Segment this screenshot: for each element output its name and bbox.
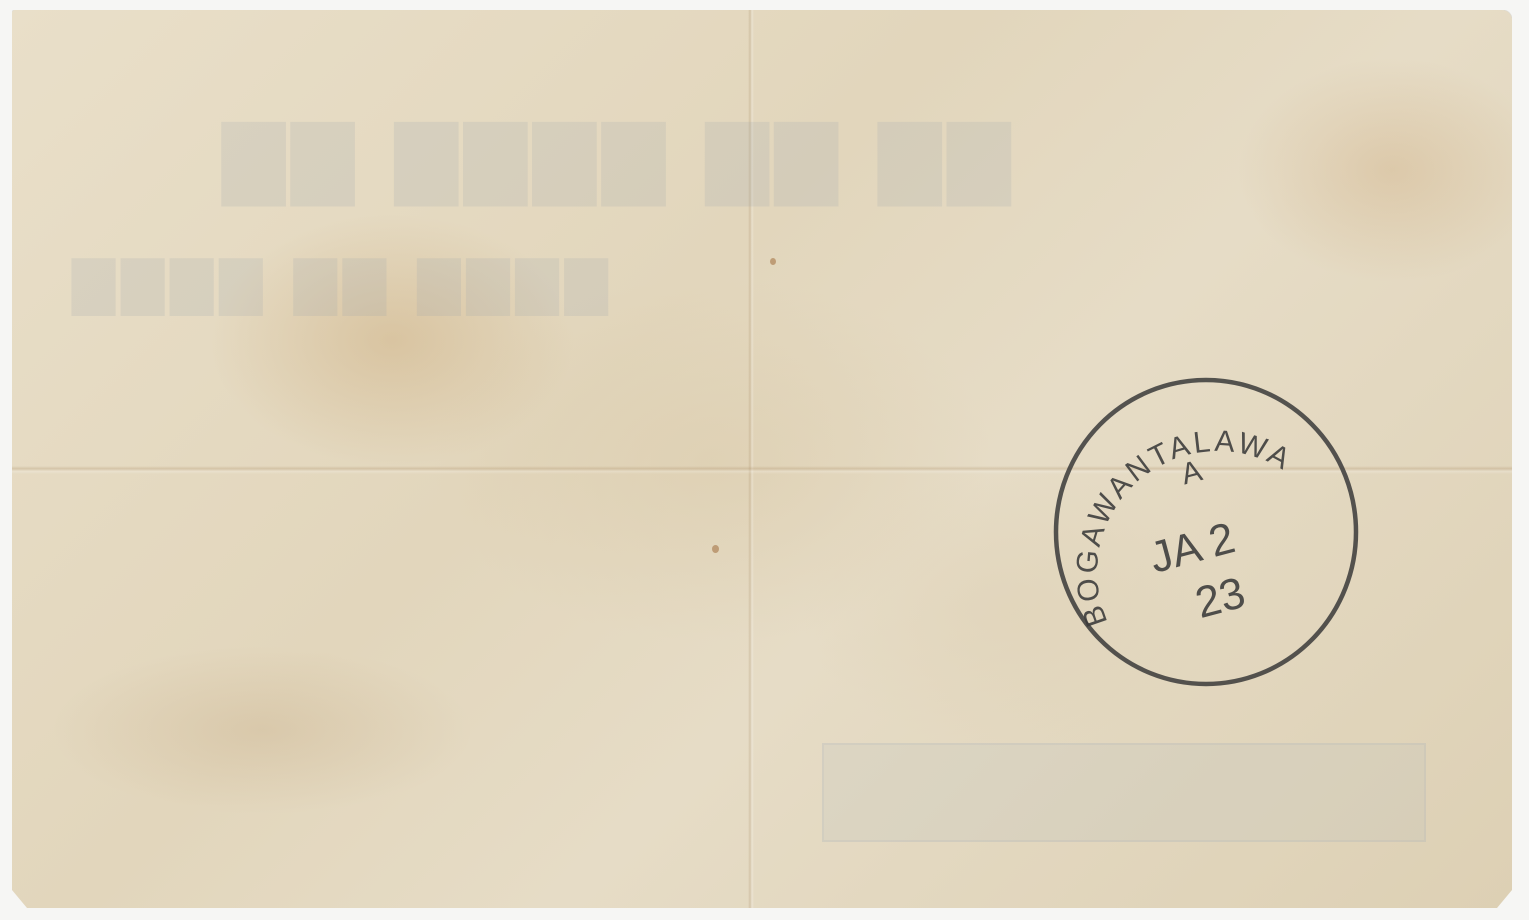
stain-spot	[770, 258, 776, 265]
bleed-through-heading: ▇▇ ▇▇▇▇ ▇▇ ▇▇	[222, 110, 1016, 206]
stain-spot	[712, 545, 719, 553]
postmark-stamp: BOGAWANTALAWA A JA 2 23	[1046, 372, 1366, 692]
bleed-through-row: ▇▇▇▇ ▇▇ ▇▇▇▇	[72, 250, 614, 316]
postmark-code: A	[1178, 454, 1206, 491]
postmark-year: 23	[1190, 568, 1250, 628]
bleed-through-banner	[822, 743, 1426, 842]
